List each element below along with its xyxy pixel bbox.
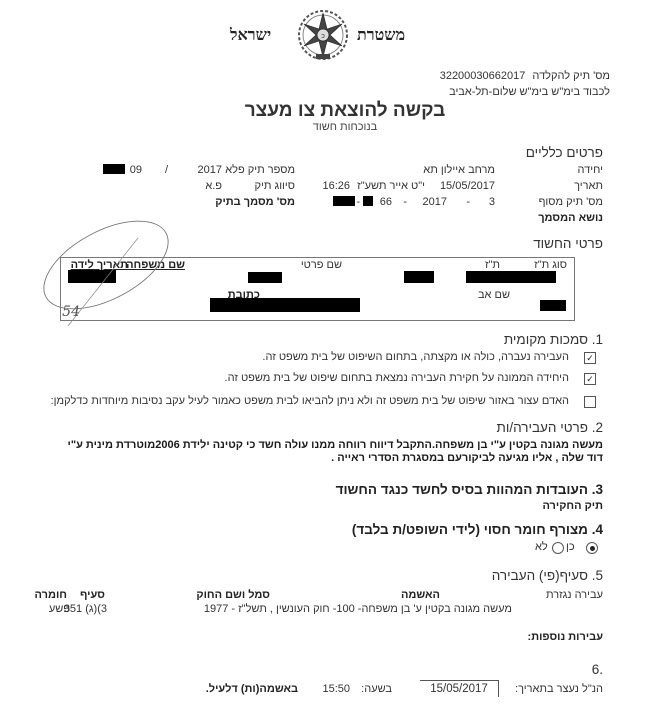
final-case-sep-2: - [403, 196, 407, 208]
jurisdiction-option-1: העבירה נעברה, כולה או מקצתה, בתחום השיפו… [262, 351, 569, 363]
org-name-right: משטרת [357, 25, 405, 45]
final-case-sep-3: - [356, 196, 360, 208]
police-emblem-icon: כ [296, 8, 350, 62]
unit-value: מרחב איילון תא [423, 164, 495, 176]
arrest-time-label: בשעה: [361, 683, 392, 695]
arrest-date-field[interactable]: 15/05/2017 [420, 680, 499, 697]
section-4-heading: 4. מצורף חומר חסוי (לידי השופט/ת בלבד) [352, 522, 603, 537]
first-name-label: שם פרטי [301, 259, 342, 271]
pela-case-label: מספר תיק פלא [225, 164, 295, 176]
col-charge: האשמה [401, 589, 440, 601]
col-law: סמל ושם החוק [196, 589, 270, 601]
section-3-value: תיק החקירה [542, 500, 603, 512]
clause-value: 351 (ג)(3 [64, 603, 107, 615]
jurisdiction-option-2: היחידה הממונה על חקירת העבירה נמצאת בתחו… [225, 372, 569, 384]
pela-case-number: 09 [130, 164, 142, 176]
document-title: בקשה להוצאת צו מעצר [0, 100, 650, 122]
hebrew-date: י"ט אייר תשע"ז [357, 180, 425, 192]
org-name-left: ישראל [230, 25, 271, 45]
unit-label: יחידה [578, 164, 603, 176]
case-class-value: פ.א [205, 180, 222, 192]
section-2-heading: 2. פרטי העבירה/ות [497, 420, 603, 435]
redacted-first-name [248, 272, 282, 283]
charge-value: מעשה מגונה בקטין ע' בן משפחה- 100- חוק ה… [204, 603, 512, 615]
final-case-label: מס' תיק מסוף [539, 196, 603, 208]
redacted-father-name [540, 300, 566, 311]
arrest-time-value: 15:50 [322, 683, 350, 695]
doc-number-label: מס' מסמך בתיק [215, 196, 295, 208]
jurisdiction-checkbox-2[interactable]: ✓ [584, 373, 596, 385]
offense-description-line-2: דוד שלה , אליו מגיעה לביקורעם במסגרת הסד… [331, 452, 603, 464]
section-6-heading: .6 [592, 662, 603, 677]
final-case-sep-1: - [466, 196, 470, 208]
suspect-heading: פרטי החשוד [533, 236, 603, 251]
redacted-id-type [466, 271, 556, 283]
svg-text:כ: כ [321, 32, 325, 40]
addressee: לכבוד בימ"ש בימ"ש שלום-תל-אביב [449, 86, 610, 98]
severity-value: פשע [49, 603, 70, 615]
confidential-yes-label: כן [566, 541, 575, 553]
jurisdiction-option-3: האדם עצור באזור שיפוט של בית משפט זה ולא… [51, 395, 569, 407]
offense-description-line-1: מעשה מגונה בקטין ע"י בן משפחה.התקבל דיוו… [68, 439, 603, 451]
case-class-label: סיווג תיק [255, 180, 295, 192]
redaction-bar [363, 196, 373, 206]
additional-offenses-label: עבירות נוספות: [528, 631, 603, 643]
pela-case-separator: / [165, 164, 168, 176]
pela-case-year: 2017 [198, 164, 222, 176]
registration-number: 32200030662017 [440, 70, 526, 82]
section-3-heading: 3. העובדות המהוות בסיס לחשד כנגד החשוד [336, 482, 603, 497]
registration-label: מס' תיק להקלדה [532, 70, 610, 82]
last-name-label: שם משפחה [126, 259, 185, 271]
redacted-id [404, 271, 434, 283]
col-derived-offense: עבירה נגזרת [546, 589, 603, 601]
father-name-label: שם אב [478, 289, 510, 301]
registration-line: מס' תיק להקלדה 32200030662017 [440, 70, 610, 82]
redacted-address [210, 298, 360, 312]
redaction-bar [103, 164, 125, 174]
final-case-part-1: 3 [489, 196, 495, 208]
id-label: ת"ז [485, 259, 500, 271]
general-details-heading: פרטים כלליים [526, 145, 603, 160]
time-value: 16:26 [322, 180, 350, 192]
confidential-yes-radio[interactable] [586, 542, 598, 554]
confidential-no-radio[interactable] [552, 542, 564, 554]
jurisdiction-checkbox-1[interactable]: ✓ [584, 352, 596, 364]
jurisdiction-checkbox-3[interactable] [584, 396, 596, 408]
redacted-birth-date [68, 270, 116, 283]
redaction-bar [333, 196, 355, 206]
date-value: 15/05/2017 [440, 180, 495, 192]
arrest-prefix: הנ"ל נעצר בתאריך: [515, 683, 603, 695]
col-clause: סעיף [80, 589, 105, 601]
final-case-part-2: 2017 [423, 196, 447, 208]
section-5-heading: 5. סעיף(פי) העבירה [492, 568, 603, 583]
id-type-label: סוג ת"ז [534, 259, 567, 271]
col-severity: חומרה [35, 589, 67, 601]
confidential-no-label: לא [535, 541, 548, 553]
doc-subject-label: נושא המסמך [538, 212, 603, 224]
arrest-suffix: באשמה(ות) דלעיל. [206, 683, 298, 695]
date-label: תאריך [574, 180, 603, 192]
document-subtitle: בנוכחות חשוד [0, 121, 650, 133]
final-case-part-3: 66 [380, 196, 392, 208]
section-1-heading: 1. סמכות מקומית [504, 332, 603, 347]
